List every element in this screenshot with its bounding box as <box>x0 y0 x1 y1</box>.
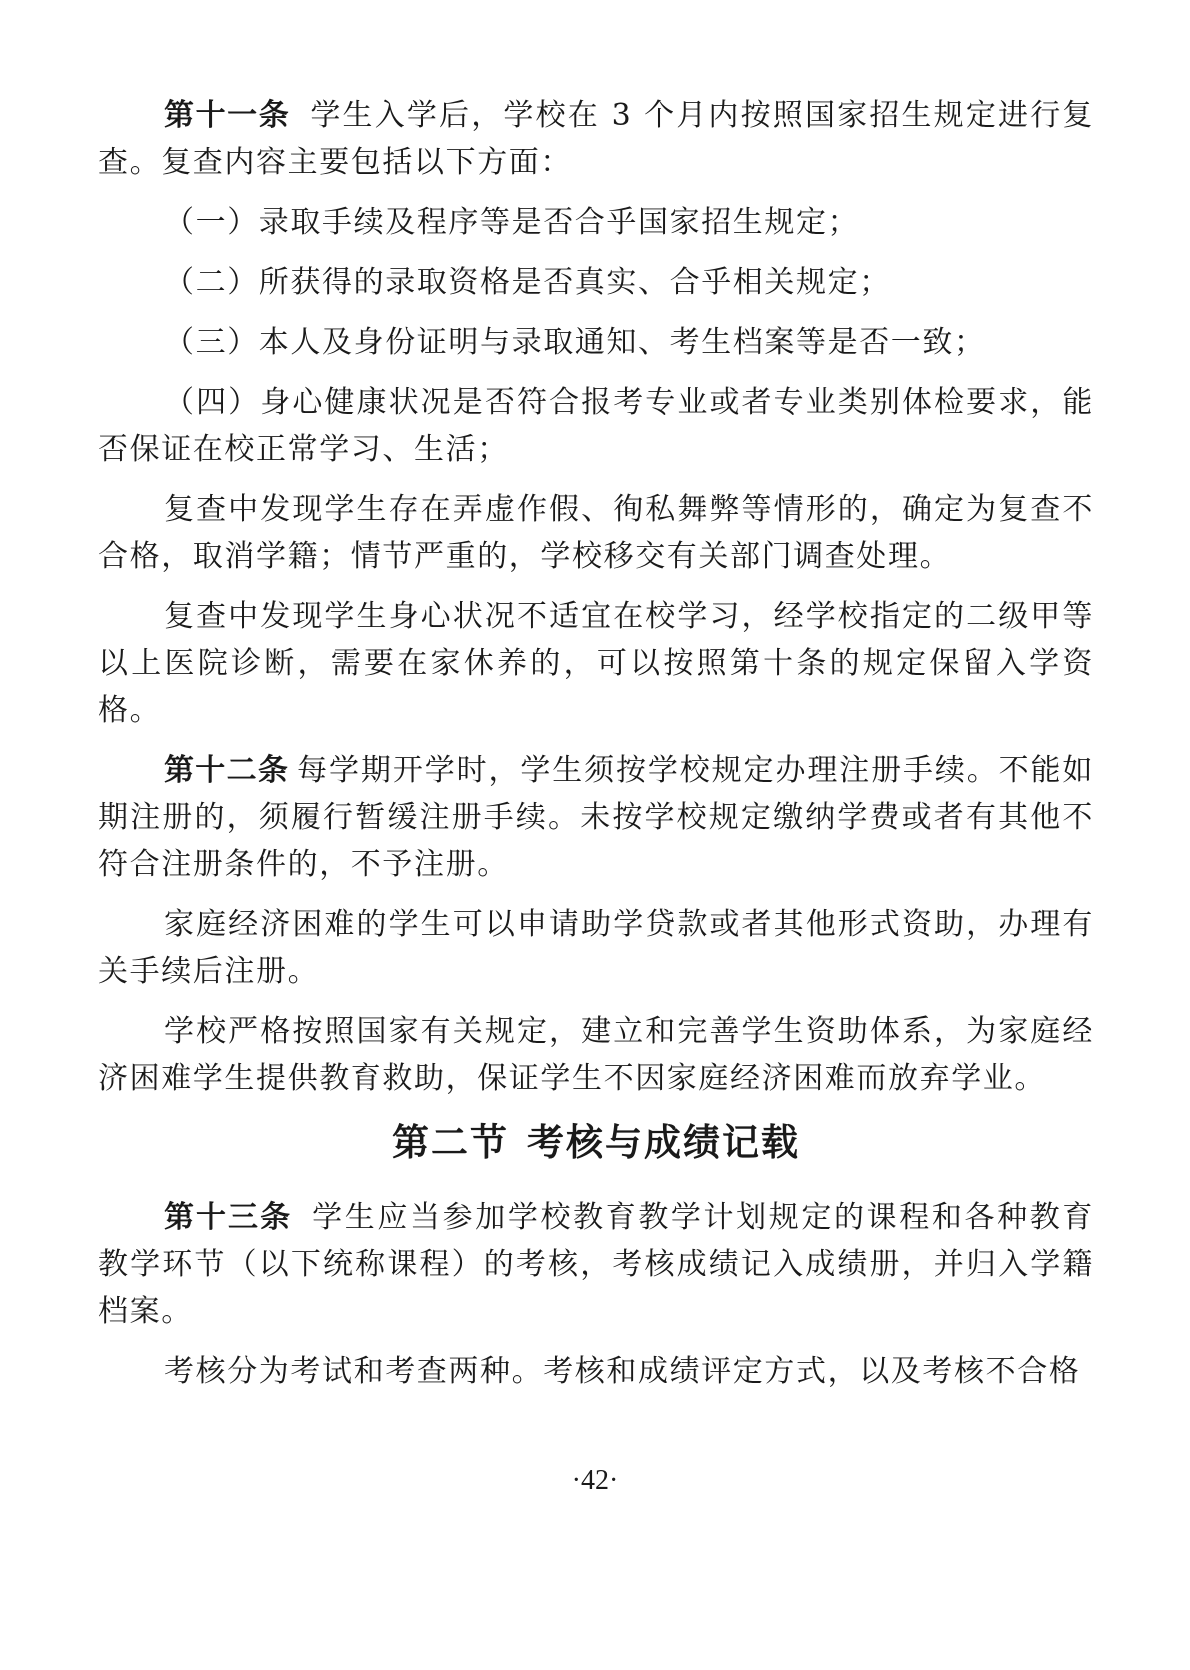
document-page: 第十一条学生入学后，学校在 3 个月内按照国家招生规定进行复查。复查内容主要包括… <box>98 92 1094 1408</box>
article-11-number: 第十一条 <box>164 98 290 133</box>
section-heading: 第二节考核与成绩记载 <box>98 1118 1094 1168</box>
section-number: 第二节 <box>392 1121 509 1164</box>
article-12-paragraph-financial-aid: 家庭经济困难的学生可以申请助学贷款或者其他形式资助，办理有关手续后注册。 <box>98 901 1094 995</box>
article-11-paragraph-fraud: 复查中发现学生存在弄虚作假、徇私舞弊等情形的，确定为复查不合格，取消学籍；情节严… <box>98 486 1094 580</box>
article-13-number: 第十三条 <box>164 1200 292 1235</box>
article-11-item-1: （一）录取手续及程序等是否合乎国家招生规定； <box>98 199 1094 246</box>
article-12-paragraph: 第十二条每学期开学时，学生须按学校规定办理注册手续。不能如期注册的，须履行暂缓注… <box>98 747 1094 888</box>
article-12-number: 第十二条 <box>164 753 289 788</box>
article-11-paragraph-health: 复查中发现学生身心状况不适宜在校学习，经学校指定的二级甲等以上医院诊断，需要在家… <box>98 593 1094 734</box>
article-11-item-4: （四）身心健康状况是否符合报考专业或者专业类别体检要求，能否保证在校正常学习、生… <box>98 379 1094 473</box>
section-title: 考核与成绩记载 <box>527 1121 800 1164</box>
page-number: ·42· <box>0 1465 1190 1497</box>
article-12-paragraph-aid-system: 学校严格按照国家有关规定，建立和完善学生资助体系，为家庭经济困难学生提供教育救助… <box>98 1008 1094 1102</box>
article-11-paragraph: 第十一条学生入学后，学校在 3 个月内按照国家招生规定进行复查。复查内容主要包括… <box>98 92 1094 186</box>
article-13-paragraph: 第十三条学生应当参加学校教育教学计划规定的课程和各种教育教学环节（以下统称课程）… <box>98 1194 1094 1335</box>
article-11-item-3: （三）本人及身份证明与录取通知、考生档案等是否一致； <box>98 319 1094 366</box>
article-11-item-2: （二）所获得的录取资格是否真实、合乎相关规定； <box>98 259 1094 306</box>
article-13-paragraph-assessment-types: 考核分为考试和考查两种。考核和成绩评定方式，以及考核不合格 <box>98 1348 1094 1395</box>
